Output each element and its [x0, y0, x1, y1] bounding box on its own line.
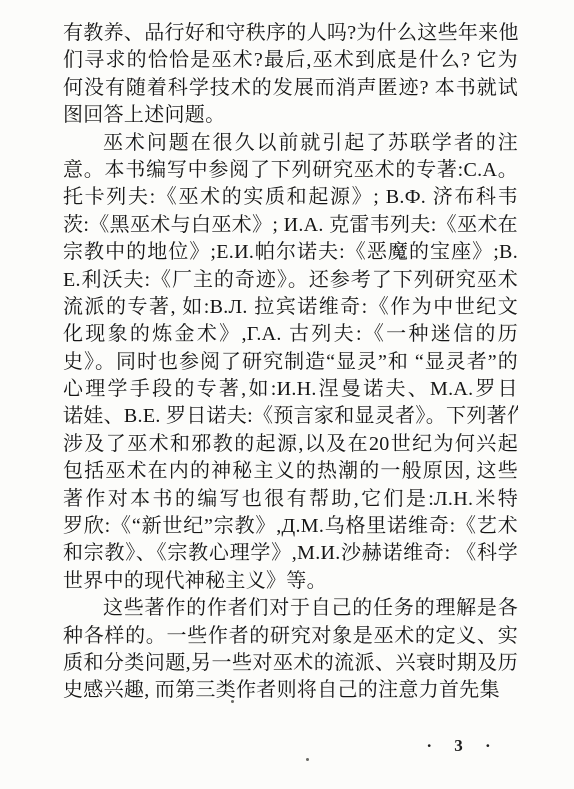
- text-line: 意。本书编写中参阅了下列研究巫术的专著:С.А。: [63, 157, 518, 184]
- text-line: 涉及了巫术和邪教的起源,以及在20世纪为何兴起: [63, 431, 518, 458]
- text-line: 托卡列夫:《巫术的实质和起源》; В.Ф. 济布科韦: [63, 184, 518, 211]
- text-line: 流派的专著, 如:В.Л. 拉宾诺维奇:《作为中世纪文: [63, 294, 518, 321]
- text-line: 这些著作的作者们对于自己的任务的理解是各: [63, 595, 518, 622]
- text-line: 们寻求的恰恰是巫术?最后,巫术到底是什么? 它为: [63, 47, 518, 74]
- text-line: 包括巫术在内的神秘主义的热潮的一般原因, 这些: [63, 458, 518, 485]
- text-line: 罗欣:《“新世纪”宗教》,Д.М.乌格里诺维奇:《艺术: [63, 513, 518, 540]
- text-line: 史感兴趣, 而第三类作者则将自己的注意力首先集: [63, 677, 518, 704]
- text-line: 心理学手段的专著,如:И.Н.涅曼诺夫、М.А.罗日: [63, 376, 518, 403]
- text-line: 巫术问题在很久以前就引起了苏联学者的注: [63, 130, 518, 157]
- text-line: 质和分类问题,另一些对巫术的流派、兴衰时期及历: [63, 650, 518, 677]
- text-line: Е.利沃夫:《厂主的奇迹》。还参考了下列研究巫术: [63, 267, 518, 294]
- scan-speck: [231, 700, 234, 703]
- page-number: · 3 ·: [418, 736, 508, 756]
- text-line: 图回答上述问题。: [63, 102, 518, 129]
- text-line: 茨:《黑巫术与白巫术》; И.А. 克雷韦列夫:《巫术在: [63, 212, 518, 239]
- scan-speck: [306, 758, 309, 761]
- text-line: 和宗教》、《宗教心理学》,М.И.沙赫诺维奇: 《科学: [63, 540, 518, 567]
- text-line: 史》。同时也参阅了研究制造“显灵”和 “显灵者”的: [63, 349, 518, 376]
- text-line: 著作对本书的编写也很有帮助,它们是:Л.Н.米特: [63, 486, 518, 513]
- text-line: 世界中的现代神秘主义》等。: [63, 568, 518, 595]
- text-line: 诺娃、В.Е. 罗日诺夫:《预言家和显灵者》。下列著作: [63, 403, 518, 430]
- text-line: 何没有随着科学技术的发展而消声匿迹? 本书就试: [63, 75, 518, 102]
- text-line: 宗教中的地位》;Е.И.帕尔诺夫:《恶魔的宝座》;В.: [63, 239, 518, 266]
- text-line: 化现象的炼金术》,Г.А. 古列夫:《一种迷信的历: [63, 321, 518, 348]
- book-page: 有教养、品行好和守秩序的人吗?为什么这些年来他们寻求的恰恰是巫术?最后,巫术到底…: [0, 0, 574, 789]
- page-text: 有教养、品行好和守秩序的人吗?为什么这些年来他们寻求的恰恰是巫术?最后,巫术到底…: [63, 20, 518, 705]
- text-line: 种各样的。一些作者的研究对象是巫术的定义、实: [63, 623, 518, 650]
- text-line: 有教养、品行好和守秩序的人吗?为什么这些年来他: [63, 20, 518, 47]
